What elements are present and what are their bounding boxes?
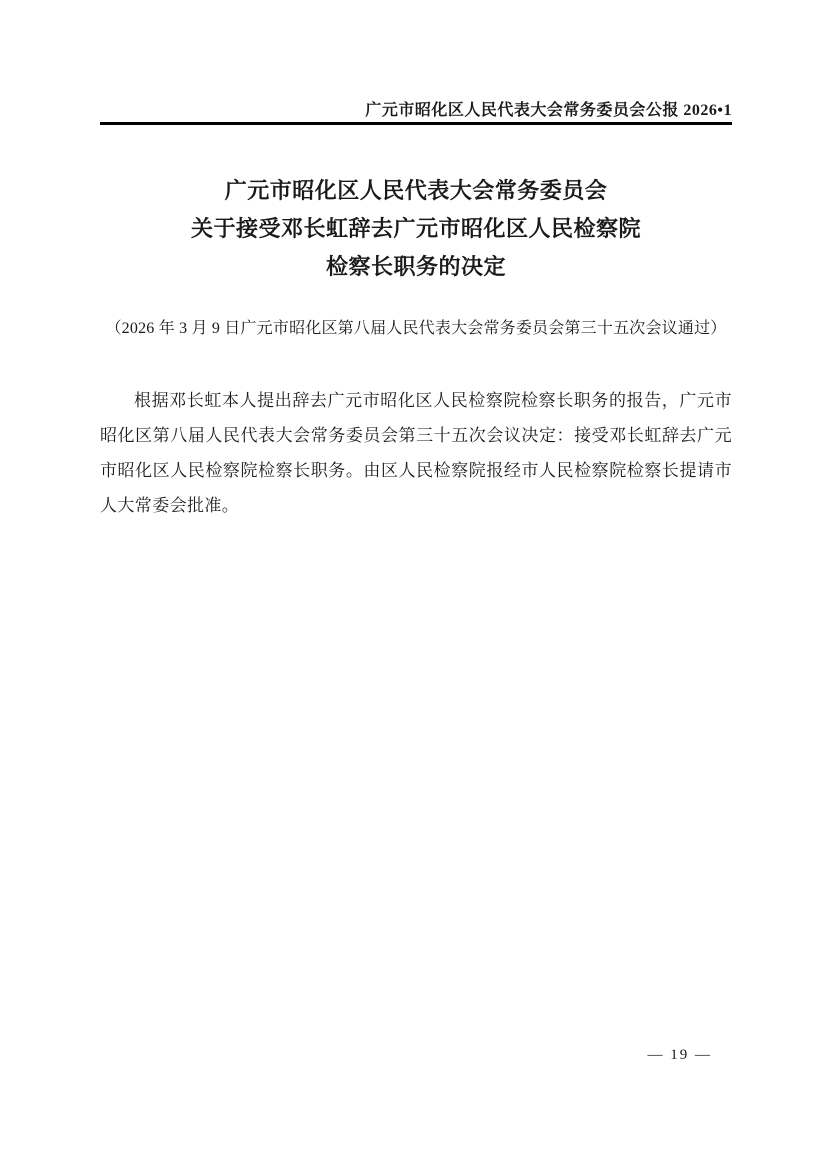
header-rule (100, 122, 732, 125)
document-title: 广元市昭化区人民代表大会常务委员会 关于接受邓长虹辞去广元市昭化区人民检察院 检… (100, 172, 732, 286)
meeting-adoption-note: （2026 年 3 月 9 日广元市昭化区第八届人民代表大会常务委员会第三十五次… (100, 315, 732, 338)
document-page: 广元市昭化区人民代表大会常务委员会公报 2026•1 广元市昭化区人民代表大会常… (0, 0, 827, 1170)
document-title-line-3: 检察长职务的决定 (100, 248, 732, 286)
document-title-line-1: 广元市昭化区人民代表大会常务委员会 (100, 172, 732, 210)
decision-body-paragraph: 根据邓长虹本人提出辞去广元市昭化区人民检察院检察长职务的报告，广元市昭化区第八届… (100, 383, 732, 523)
document-title-line-2: 关于接受邓长虹辞去广元市昭化区人民检察院 (100, 210, 732, 248)
gazette-header-title: 广元市昭化区人民代表大会常务委员会公报 2026•1 (100, 97, 732, 120)
page-number: — 19 — (648, 1047, 713, 1064)
